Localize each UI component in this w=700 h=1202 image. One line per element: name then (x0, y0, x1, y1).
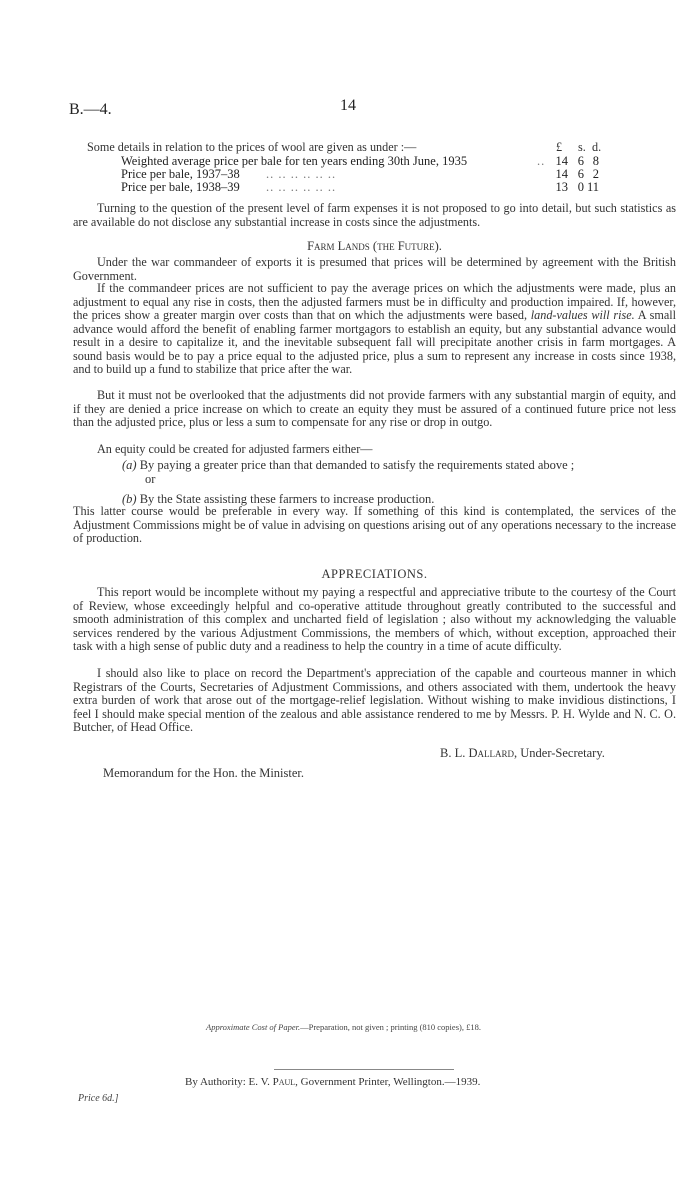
option-or: or (145, 472, 155, 487)
printer-name: Paul (273, 1076, 296, 1088)
farm-lands-paragraph: But it must not be overlooked that the a… (73, 389, 676, 430)
farm-lands-paragraph: Under the war commandeer of exports it i… (73, 256, 676, 283)
option-marker: (a) (122, 458, 137, 472)
wool-price-row: Price per bale, 1937–38 .. .. .. .. .. .… (121, 167, 641, 181)
shillings-value: 0 (574, 180, 584, 195)
signatory-title: , Under-Secretary. (514, 746, 605, 760)
leader-dots: .. .. .. .. .. .. (266, 180, 336, 195)
appreciations-paragraph: I should also like to place on record th… (73, 667, 676, 735)
signature: B. L. Dallard, Under-Secretary. (440, 746, 605, 761)
pounds-value: 13 (546, 180, 568, 195)
closing-paragraph: This latter course would be preferable i… (73, 505, 676, 546)
pence-value: 11 (585, 180, 599, 195)
column-pounds-header: £ (556, 140, 562, 155)
row-label: Price per bale, 1938–39 (121, 180, 240, 195)
emphasis-land-values: land-values will rise. (531, 308, 635, 322)
column-shillings-header: s. (578, 140, 586, 155)
document-reference: B.—4. (69, 101, 112, 119)
wool-price-row: Price per bale, 1938–39 .. .. .. .. .. .… (121, 180, 641, 194)
cost-text: —Preparation, not given ; printing (810 … (300, 1022, 481, 1032)
farm-lands-paragraph: If the commandeer prices are not suffici… (73, 282, 676, 377)
cost-label: Approximate Cost of Paper. (206, 1022, 300, 1032)
section-heading-farm-lands: Farm Lands (the Future). (73, 239, 676, 254)
page-number: 14 (340, 97, 356, 115)
wool-intro: Some details in relation to the prices o… (87, 140, 416, 155)
authority-suffix: , Government Printer, Wellington.—1939. (295, 1076, 480, 1088)
signatory-name: B. L. Dallard (440, 746, 514, 760)
option-text: By paying a greater price than that dema… (140, 458, 575, 472)
expenses-paragraph: Turning to the question of the present l… (73, 202, 676, 229)
cost-of-paper-note: Approximate Cost of Paper.—Preparation, … (206, 1022, 481, 1032)
farm-lands-paragraph: An equity could be created for adjusted … (73, 443, 676, 457)
memorandum-line: Memorandum for the Hon. the Minister. (103, 766, 304, 781)
appreciations-paragraph: This report would be incomplete without … (73, 586, 676, 654)
column-pence-header: d. (592, 140, 601, 155)
authority-prefix: By Authority: E. V. (185, 1076, 273, 1088)
printer-authority: By Authority: E. V. Paul, Government Pri… (185, 1076, 480, 1088)
option-a: (a) By paying a greater price than that … (122, 458, 574, 473)
section-heading-appreciations: APPRECIATIONS. (73, 567, 676, 582)
footer-divider (274, 1069, 454, 1070)
price-label: Price 6d.] (78, 1093, 119, 1104)
wool-price-row: Weighted average price per bale for ten … (121, 154, 641, 168)
